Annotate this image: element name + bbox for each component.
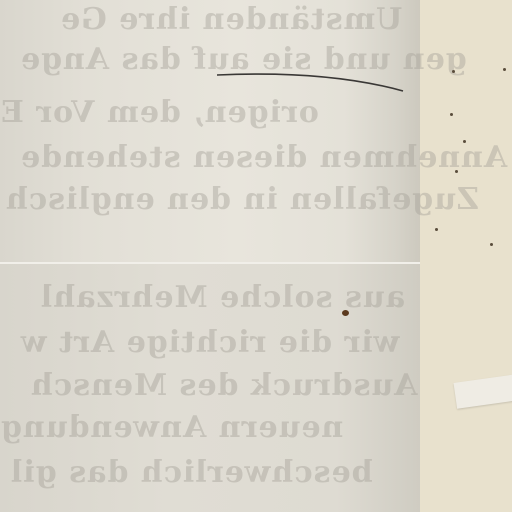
bleed-through-line: neuern Anwendung xyxy=(0,410,343,445)
bleed-through-line: wir die richtige Art w xyxy=(20,325,400,360)
bleed-through-line: 3. Annehmen diesen stehende xyxy=(20,140,512,175)
speck xyxy=(490,243,493,246)
speck xyxy=(463,140,466,143)
bleed-through-line: beschwerlich das gil xyxy=(10,455,373,490)
speck xyxy=(503,68,506,71)
bleed-through-line: Zugefallen in den englisch xyxy=(5,182,479,217)
speck xyxy=(455,170,458,173)
bleed-through-line: origen, dem Vor E xyxy=(0,95,319,130)
bleed-through-line: Ausdruck des Mensch xyxy=(30,368,418,403)
bleed-through-line: Umständen ihre Ge xyxy=(60,2,402,37)
speck xyxy=(435,228,438,231)
stain-spot xyxy=(342,310,349,316)
ink-stroke xyxy=(217,68,407,98)
speck xyxy=(450,113,453,116)
speck xyxy=(452,70,455,73)
bleed-through-line: aus solche Mehrzahl xyxy=(40,280,405,315)
